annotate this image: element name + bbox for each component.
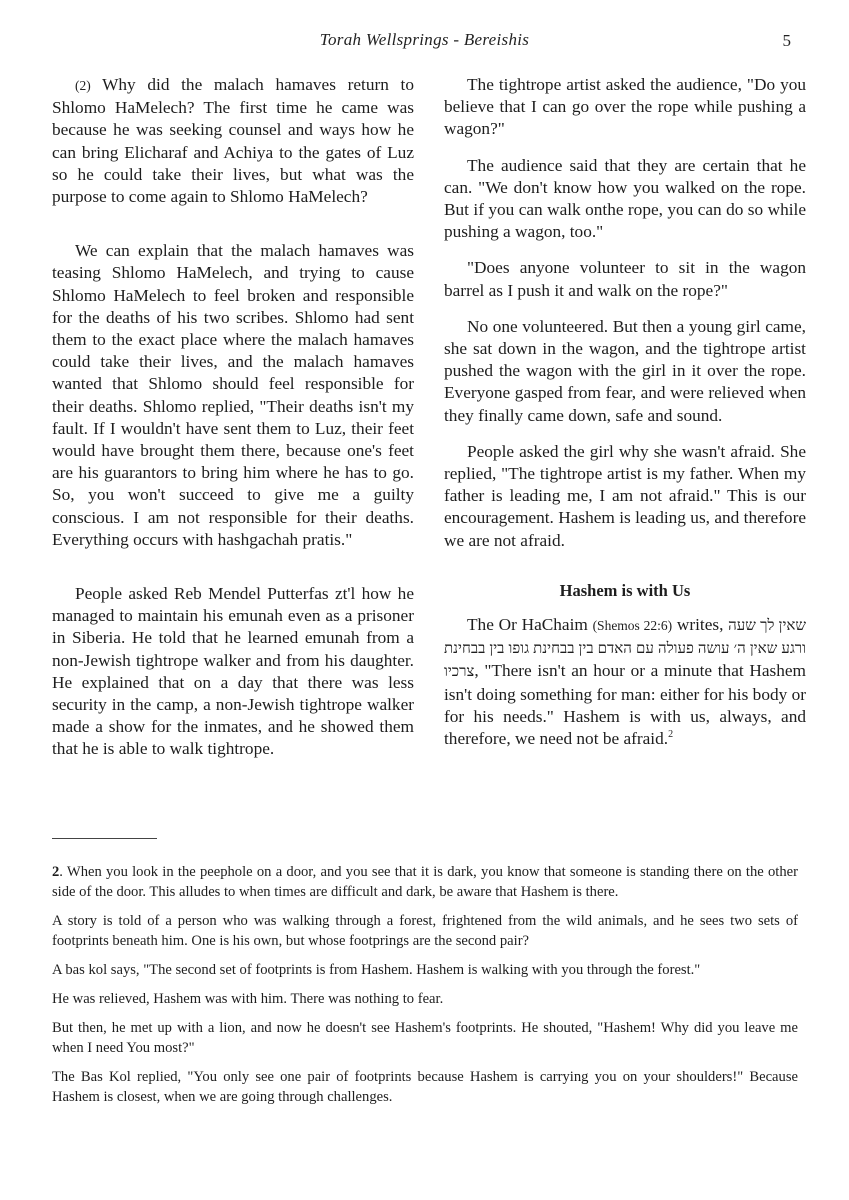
running-header: Torah Wellsprings - Bereishis 5	[0, 30, 849, 54]
footnotes: 2. When you look in the peephole on a do…	[52, 862, 798, 1116]
footnote-item: The Bas Kol replied, "You only see one p…	[52, 1067, 798, 1107]
left-column: (2) Why did the malach hamaves return to…	[52, 74, 414, 775]
paragraph-text: Why did the malach hamaves return to Shl…	[52, 75, 414, 206]
paragraph: We can explain that the malach hamaves w…	[52, 240, 414, 551]
footnote-marker[interactable]: 2	[668, 729, 673, 740]
footnote-item: A bas kol says, "The second set of footp…	[52, 960, 798, 980]
paragraph: The audience said that they are certain …	[444, 155, 806, 244]
right-column: The tightrope artist asked the audience,…	[444, 74, 806, 764]
page-number: 5	[783, 31, 792, 51]
section-heading: Hashem is with Us	[444, 580, 806, 602]
paragraph-lead: The Or HaChaim	[467, 615, 593, 634]
paragraph: "Does anyone volunteer to sit in the wag…	[444, 257, 806, 301]
footnote-text: . When you look in the peephole on a doo…	[52, 864, 798, 900]
paragraph-text: , "There isn't an hour or a minute that …	[444, 661, 806, 748]
paragraph: The tightrope artist asked the audience,…	[444, 74, 806, 141]
footnote-item: He was relieved, Hashem was with him. Th…	[52, 989, 798, 1009]
footnote-item: A story is told of a person who was walk…	[52, 911, 798, 951]
paragraph: (2) Why did the malach hamaves return to…	[52, 74, 414, 208]
paragraph: No one volunteered. But then a young gir…	[444, 316, 806, 427]
footnote-item: 2. When you look in the peephole on a do…	[52, 862, 798, 902]
paragraph: People asked the girl why she wasn't afr…	[444, 441, 806, 552]
paragraph: People asked Reb Mendel Putterfas zt'l h…	[52, 583, 414, 761]
paragraph-mid: writes,	[672, 615, 728, 634]
header-title: Torah Wellsprings - Bereishis	[0, 30, 849, 50]
paragraph: The Or HaChaim (Shemos 22:6) writes, שאי…	[444, 614, 806, 750]
source-citation: (Shemos 22:6)	[593, 618, 673, 633]
footnote-divider	[52, 838, 157, 839]
footnote-item: But then, he met up with a lion, and now…	[52, 1018, 798, 1058]
document-page: Torah Wellsprings - Bereishis 5 (2) Why …	[0, 0, 849, 1200]
question-number: (2)	[75, 78, 91, 93]
